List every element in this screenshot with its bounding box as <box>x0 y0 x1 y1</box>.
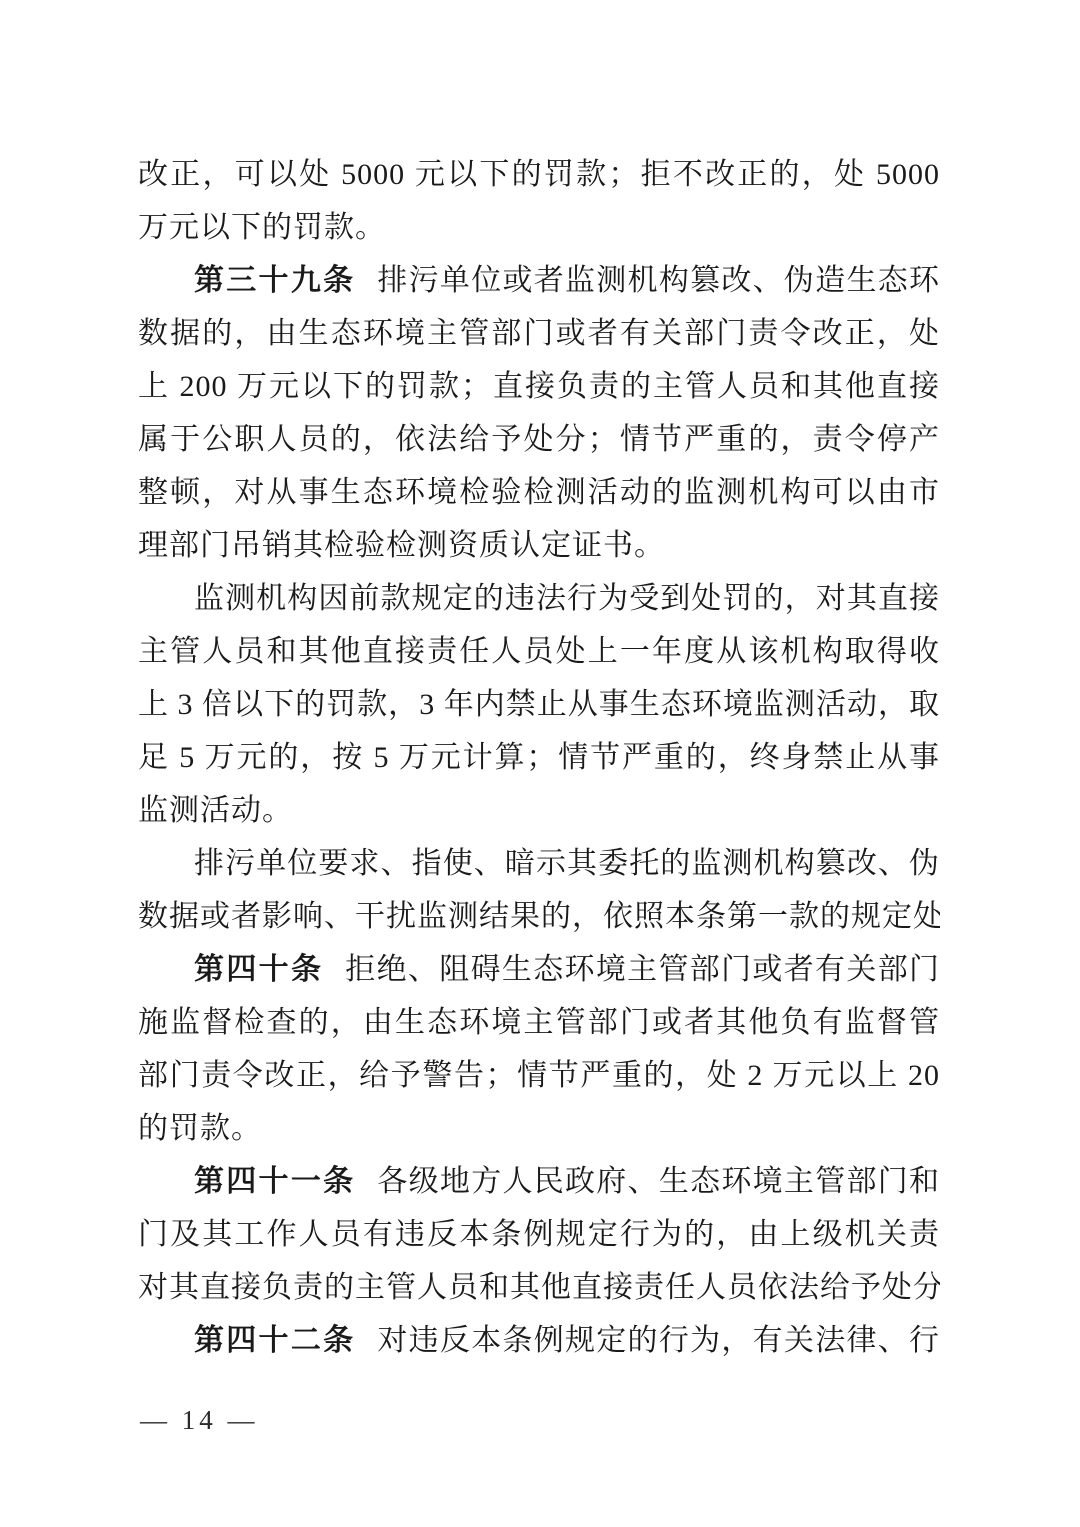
article-number: 第四十二条 <box>194 1324 355 1357</box>
body-line: 万元以下的罚款。 <box>138 201 940 254</box>
body-line: 上 200 万元以下的罚款；直接负责的主管人员和其他直接责任人员 <box>138 360 940 413</box>
body-line: 监测机构因前款规定的违法行为受到处罚的，对其直接负责的 <box>138 572 940 625</box>
body-line: 改正，可以处 5000 元以下的罚款；拒不改正的，处 5000 元以上 2 <box>138 148 940 201</box>
body-line: 门及其工作人员有违反本条例规定行为的，由上级机关责令改正， <box>138 1208 940 1261</box>
body-line: 部门责令改正，给予警告；情节严重的，处 2 万元以上 20 万元以下 <box>138 1049 940 1102</box>
article-number: 第四十一条 <box>194 1165 355 1198</box>
document-page: 改正，可以处 5000 元以下的罚款；拒不改正的，处 5000 元以上 2 万元… <box>0 0 1080 1527</box>
body-line: 排污单位要求、指使、暗示其委托的监测机构篡改、伪造监测 <box>138 837 940 890</box>
body-line: 上 3 倍以下的罚款，3 年内禁止从事生态环境监测活动，取得收入不 <box>138 678 940 731</box>
article-heading-line: 第四十二条对违反本条例规定的行为，有关法律、行政法规 <box>138 1314 940 1367</box>
article-number: 第四十条 <box>194 953 323 986</box>
body-line: 主管人员和其他直接责任人员处上一年度从该机构取得收入 1 倍以 <box>138 625 940 678</box>
article-number: 第三十九条 <box>194 264 355 297</box>
article-heading-line: 第四十条拒绝、阻碍生态环境主管部门或者有关部门依法实 <box>138 943 940 996</box>
body-line: 足 5 万元的，按 5 万元计算；情节严重的，终身禁止从事生态环境 <box>138 731 940 784</box>
page-number: — 14 — <box>140 1405 259 1436</box>
body-line: 属于公职人员的，依法给予处分；情节严重的，责令停产或者停业 <box>138 413 940 466</box>
article-heading-line: 第四十一条各级地方人民政府、生态环境主管部门和有关部 <box>138 1155 940 1208</box>
body-line: 监测活动。 <box>138 784 940 837</box>
body-line: 施监督检查的，由生态环境主管部门或者其他负有监督管理职责的 <box>138 996 940 1049</box>
body-line: 的罚款。 <box>138 1102 940 1155</box>
article-heading-line: 第三十九条排污单位或者监测机构篡改、伪造生态环境监测 <box>138 254 940 307</box>
body-line: 理部门吊销其检验检测资质认定证书。 <box>138 519 940 572</box>
body-line: 整顿，对从事生态环境检验检测活动的监测机构可以由市场监督管 <box>138 466 940 519</box>
document-body: 改正，可以处 5000 元以下的罚款；拒不改正的，处 5000 元以上 2 万元… <box>138 148 940 1367</box>
body-line: 对其直接负责的主管人员和其他直接责任人员依法给予处分。 <box>138 1261 940 1314</box>
body-line: 数据的，由生态环境主管部门或者有关部门责令改正，处 50 万元以 <box>138 307 940 360</box>
body-line: 数据或者影响、干扰监测结果的，依照本条第一款的规定处罚。 <box>138 890 940 943</box>
